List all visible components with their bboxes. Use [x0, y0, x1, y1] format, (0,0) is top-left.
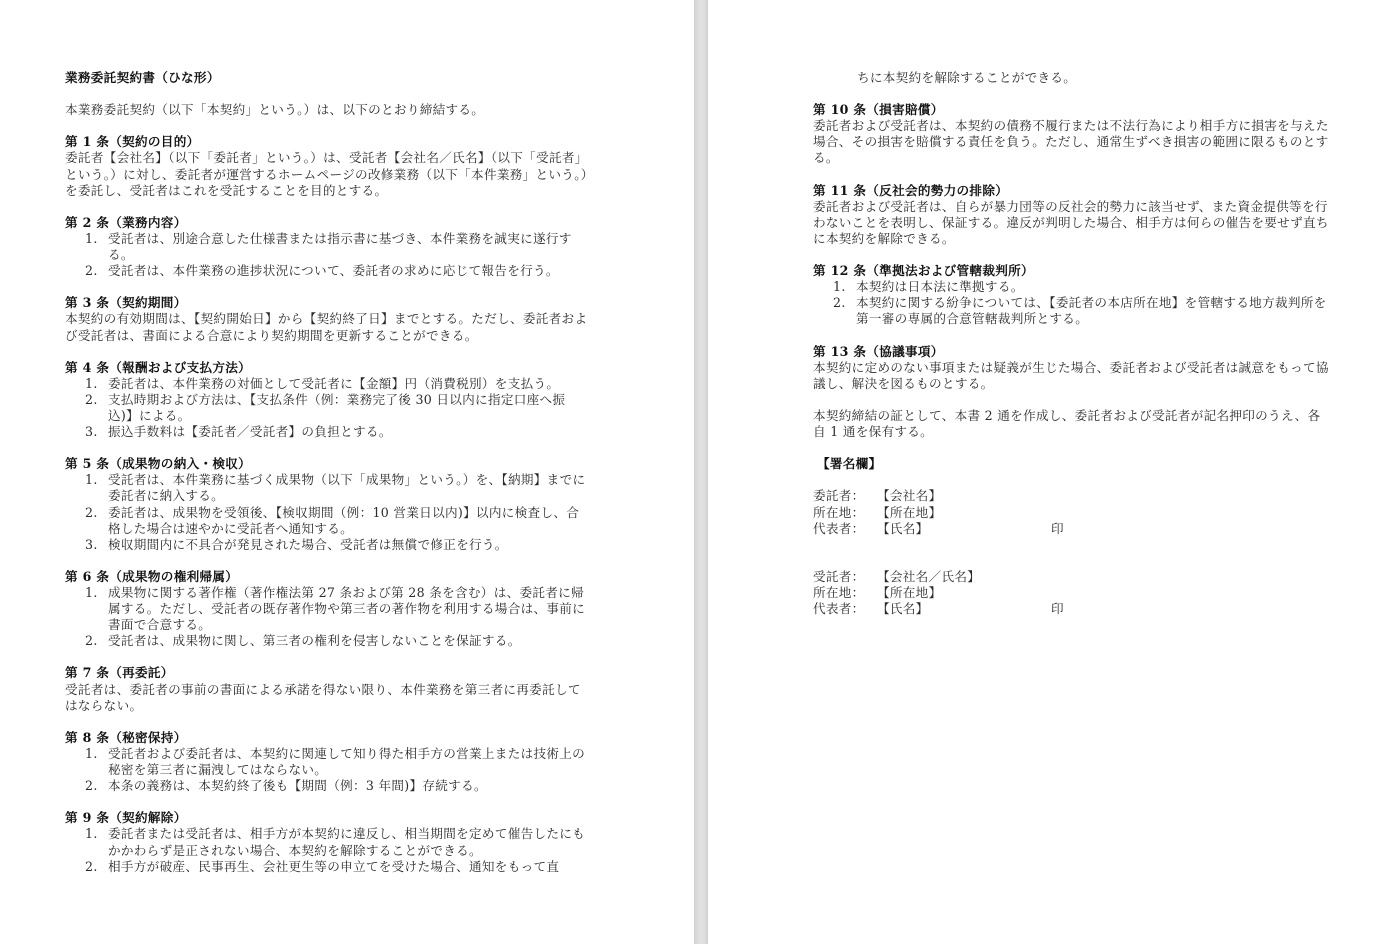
list-item: 2.委託者は、成果物を受領後、【検収期間（例：10 営業日以内)】以内に検査し、… — [65, 505, 590, 537]
article-6: 第 6 条（成果物の権利帰属） 1.成果物に関する著作権（著作権法第 27 条お… — [65, 569, 590, 649]
closing-statement: 本契約締結の証として、本書 2 通を作成し、委託者および受託者が記名押印のうえ、… — [813, 408, 1333, 440]
article-heading: 第 13 条（協議事項） — [813, 344, 1333, 360]
article-7: 第 7 条（再委託） 受託者は、委託者の事前の書面による承諾を得ない限り、本件業… — [65, 665, 590, 713]
page-1: 業務委託契約書（ひな形） 本業務委託契約（以下「本契約」という。）は、以下のとお… — [0, 0, 694, 944]
article-5: 第 5 条（成果物の納入・検収） 1.受託者は、本件業務に基づく成果物（以下「成… — [65, 456, 590, 553]
page-gutter — [694, 0, 708, 944]
seal-mark: 印 — [1051, 601, 1064, 617]
page-2-content: ちに本契約を解除することができる。 第 10 条（損害賠償） 委託者および受託者… — [813, 70, 1333, 617]
list-item: 1.受託者は、本件業務に基づく成果物（以下「成果物」という。）を、【納期】までに… — [65, 472, 590, 504]
list-item: 2.本契約に関する紛争については、【委託者の本店所在地】を管轄する地方裁判所を第… — [813, 295, 1333, 327]
article-body: 委託者および受託者は、本契約の債務不履行または不法行為により相手方に損害を与えた… — [813, 118, 1333, 166]
article-heading: 第 9 条（契約解除） — [65, 810, 590, 826]
page-1-content: 業務委託契約書（ひな形） 本業務委託契約（以下「本契約」という。）は、以下のとお… — [65, 70, 590, 875]
article-items: 1.成果物に関する著作権（著作権法第 27 条および第 28 条を含む）は、委託… — [65, 585, 590, 649]
signature-row: 所在地： 【所在地】 — [813, 505, 1333, 521]
signature-consignor: 委託者： 【会社名】 所在地： 【所在地】 代表者： 【氏名】 印 — [813, 488, 1333, 536]
list-item: 2.受託者は、成果物に関し、第三者の権利を侵害しないことを保証する。 — [65, 633, 590, 649]
article-heading: 第 12 条（準拠法および管轄裁判所） — [813, 263, 1333, 279]
list-item: 2.支払時期および方法は、【支払条件（例：業務完了後 30 日以内に指定口座へ振… — [65, 392, 590, 424]
signature-contractor: 受託者： 【会社名／氏名】 所在地： 【所在地】 代表者： 【氏名】 印 — [813, 569, 1333, 617]
article-heading: 第 5 条（成果物の納入・検収） — [65, 456, 590, 472]
article-items: 1.受託者は、本件業務に基づく成果物（以下「成果物」という。）を、【納期】までに… — [65, 472, 590, 552]
article-heading: 第 7 条（再委託） — [65, 665, 590, 681]
list-item: 1.成果物に関する著作権（著作権法第 27 条および第 28 条を含む）は、委託… — [65, 585, 590, 633]
article-9-continued: ちに本契約を解除することができる。 — [813, 70, 1333, 86]
list-item: 3.検収期間内に不具合が発見された場合、受託者は無償で修正を行う。 — [65, 537, 590, 553]
signature-row: 受託者： 【会社名／氏名】 — [813, 569, 1333, 585]
article-heading: 第 3 条（契約期間） — [65, 295, 590, 311]
article-heading: 第 10 条（損害賠償） — [813, 102, 1333, 118]
article-items: 1.受託者および委託者は、本契約に関連して知り得た相手方の営業上または技術上の秘… — [65, 746, 590, 794]
article-body: 委託者【会社名】（以下「委託者」という。）は、受託者【会社名／氏名】（以下「受託… — [65, 150, 590, 198]
article-items: 1.本契約は日本法に準拠する。 2.本契約に関する紛争については、【委託者の本店… — [813, 279, 1333, 327]
article-2: 第 2 条（業務内容） 1.受託者は、別途合意した仕様書または指示書に基づき、本… — [65, 215, 590, 279]
document-viewer: 業務委託契約書（ひな形） 本業務委託契約（以下「本契約」という。）は、以下のとお… — [0, 0, 1400, 944]
list-item: 1.本契約は日本法に準拠する。 — [813, 279, 1333, 295]
list-item: 2.受託者は、本件業務の進捗状況について、委託者の求めに応じて報告を行う。 — [65, 263, 590, 279]
signature-row: 所在地： 【所在地】 — [813, 585, 1333, 601]
list-item: 1.受託者は、別途合意した仕様書または指示書に基づき、本件業務を誠実に遂行する。 — [65, 231, 590, 263]
article-heading: 第 6 条（成果物の権利帰属） — [65, 569, 590, 585]
article-4: 第 4 条（報酬および支払方法） 1.委託者は、本件業務の対価として受託者に【金… — [65, 360, 590, 440]
article-items: 1.委託者または受託者は、相手方が本契約に違反し、相当期間を定めて催告したにもか… — [65, 826, 590, 874]
article-heading: 第 11 条（反社会的勢力の排除） — [813, 183, 1333, 199]
signature-row: 代表者： 【氏名】 印 — [813, 601, 1333, 617]
article-heading: 第 8 条（秘密保持） — [65, 730, 590, 746]
signature-heading: 【署名欄】 — [813, 456, 1333, 472]
document-title: 業務委託契約書（ひな形） — [65, 70, 590, 86]
list-item: 3.振込手数料は【委託者／受託者】の負担とする。 — [65, 424, 590, 440]
preamble: 本業務委託契約（以下「本契約」という。）は、以下のとおり締結する。 — [65, 102, 590, 118]
article-8: 第 8 条（秘密保持） 1.受託者および委託者は、本契約に関連して知り得た相手方… — [65, 730, 590, 794]
article-body: 受託者は、委託者の事前の書面による承諾を得ない限り、本件業務を第三者に再委託して… — [65, 682, 590, 714]
list-item: 2.相手方が破産、民事再生、会社更生等の申立てを受けた場合、通知をもって直 — [65, 859, 590, 875]
list-item: 1.受託者および委託者は、本契約に関連して知り得た相手方の営業上または技術上の秘… — [65, 746, 590, 778]
signature-row: 委託者： 【会社名】 — [813, 488, 1333, 504]
article-3: 第 3 条（契約期間） 本契約の有効期間は、【契約開始日】から【契約終了日】まで… — [65, 295, 590, 343]
article-heading: 第 4 条（報酬および支払方法） — [65, 360, 590, 376]
article-11: 第 11 条（反社会的勢力の排除） 委託者および受託者は、自らが暴力団等の反社会… — [813, 183, 1333, 247]
seal-mark: 印 — [1051, 521, 1064, 537]
article-13: 第 13 条（協議事項） 本契約に定めのない事項または疑義が生じた場合、委託者お… — [813, 344, 1333, 392]
signature-row: 代表者： 【氏名】 印 — [813, 521, 1333, 537]
article-items: 1.受託者は、別途合意した仕様書または指示書に基づき、本件業務を誠実に遂行する。… — [65, 231, 590, 279]
article-12: 第 12 条（準拠法および管轄裁判所） 1.本契約は日本法に準拠する。 2.本契… — [813, 263, 1333, 327]
article-body: 委託者および受託者は、自らが暴力団等の反社会的勢力に該当せず、また資金提供等を行… — [813, 199, 1333, 247]
article-body: 本契約に定めのない事項または疑義が生じた場合、委託者および受託者は誠意をもって協… — [813, 360, 1333, 392]
article-body: 本契約の有効期間は、【契約開始日】から【契約終了日】までとする。ただし、委託者お… — [65, 311, 590, 343]
article-heading: 第 1 条（契約の目的） — [65, 134, 590, 150]
list-item: 1.委託者または受託者は、相手方が本契約に違反し、相当期間を定めて催告したにもか… — [65, 826, 590, 858]
article-10: 第 10 条（損害賠償） 委託者および受託者は、本契約の債務不履行または不法行為… — [813, 102, 1333, 166]
page-2: ちに本契約を解除することができる。 第 10 条（損害賠償） 委託者および受託者… — [708, 0, 1400, 944]
list-item: 1.委託者は、本件業務の対価として受託者に【金額】円（消費税別）を支払う。 — [65, 376, 590, 392]
article-9: 第 9 条（契約解除） 1.委託者または受託者は、相手方が本契約に違反し、相当期… — [65, 810, 590, 874]
article-heading: 第 2 条（業務内容） — [65, 215, 590, 231]
list-item: 2.本条の義務は、本契約終了後も【期間（例：3 年間)】存続する。 — [65, 778, 590, 794]
article-1: 第 1 条（契約の目的） 委託者【会社名】（以下「委託者」という。）は、受託者【… — [65, 134, 590, 198]
article-items: 1.委託者は、本件業務の対価として受託者に【金額】円（消費税別）を支払う。 2.… — [65, 376, 590, 440]
